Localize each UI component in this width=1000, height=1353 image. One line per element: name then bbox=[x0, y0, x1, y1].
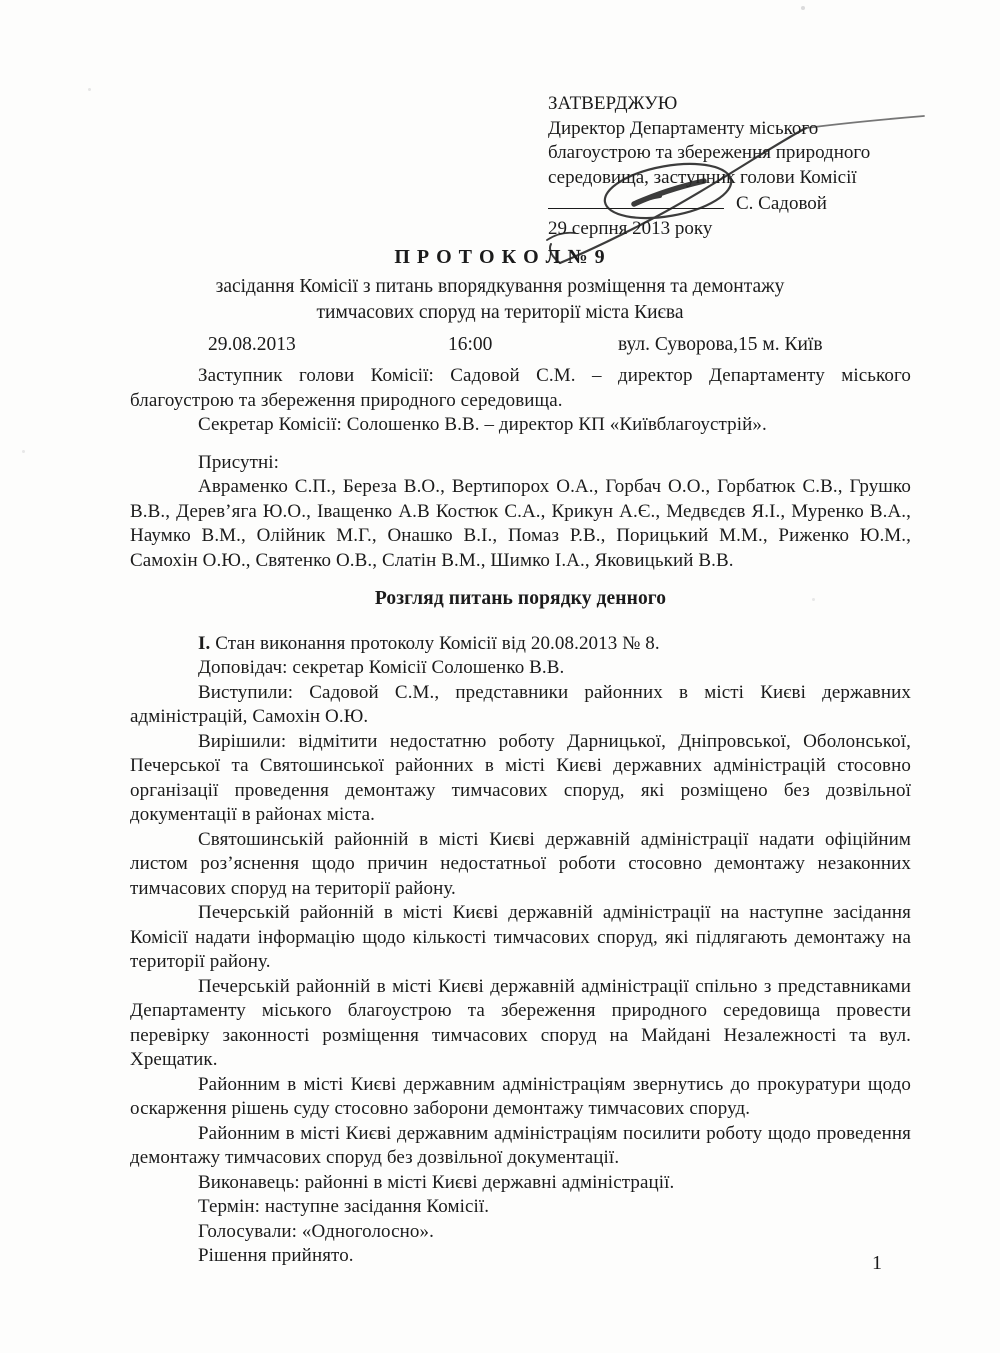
agenda-item-number: І. bbox=[198, 633, 210, 654]
paragraph-decision: Рішення прийнято. bbox=[130, 1244, 911, 1269]
paragraph-deputy-head: Заступник голови Комісії: Садовой С.М. –… bbox=[130, 364, 911, 413]
meeting-time: 16:00 bbox=[448, 334, 492, 356]
page-number: 1 bbox=[872, 1252, 882, 1275]
scan-speck bbox=[812, 598, 815, 601]
paragraph-resolution-5: Районним в місті Києві державним адмініс… bbox=[130, 1073, 911, 1122]
scanned-protocol-page: ЗАТВЕРДЖУЮ Директор Департаменту міськог… bbox=[0, 0, 1000, 1353]
agenda-item-line: І. Стан виконання протоколу Комісії від … bbox=[130, 632, 911, 657]
document-body: Заступник голови Комісії: Садовой С.М. –… bbox=[130, 364, 911, 1269]
signatory-name: С. Садовой bbox=[736, 193, 827, 214]
approval-line-3: середовища, заступник голови Комісії bbox=[548, 166, 918, 191]
title-block: П Р О Т О К О Л № 9 засідання Комісії з … bbox=[0, 246, 1000, 326]
meeting-meta-row: 29.08.2013 16:00 вул. Суворова,15 м. Киї… bbox=[0, 334, 1000, 360]
scan-speck bbox=[801, 6, 805, 10]
agenda-item-title: Стан виконання протоколу Комісії від 20.… bbox=[210, 633, 659, 654]
attendees-list: Авраменко С.П., Береза В.О., Вертипорох … bbox=[130, 475, 911, 573]
paragraph-resolution-6: Районним в місті Києві державним адмініс… bbox=[130, 1122, 911, 1171]
approval-line-2: благоустрою та збереження природного bbox=[548, 141, 918, 166]
paragraph-resolution-2: Святошинській районній в місті Києві дер… bbox=[130, 828, 911, 902]
paragraph-resolution-3: Печерській районній в місті Києві держав… bbox=[130, 901, 911, 975]
paragraph-secretary: Секретар Комісії: Солошенко В.В. – дирек… bbox=[130, 413, 911, 438]
paragraph-term: Термін: наступне засідання Комісії. bbox=[130, 1195, 911, 1220]
agenda-heading: Розгляд питань порядку денного bbox=[130, 587, 911, 612]
scan-speck bbox=[88, 88, 91, 91]
paragraph-vote: Голосували: «Одноголосно». bbox=[130, 1220, 911, 1245]
paragraph-resolution-4: Печерській районній в місті Києві держав… bbox=[130, 975, 911, 1073]
attendees-label: Присутні: bbox=[130, 451, 911, 476]
paragraph-speakers: Виступили: Садовой С.М., представники ра… bbox=[130, 681, 911, 730]
paragraph-executor: Виконавець: районні в місті Києві держав… bbox=[130, 1171, 911, 1196]
approval-line-1: Директор Департаменту міського bbox=[548, 117, 918, 142]
paragraph-resolution-1: Вирішили: відмітити недостатню роботу Да… bbox=[130, 730, 911, 828]
meeting-date: 29.08.2013 bbox=[208, 334, 296, 356]
document-subtitle-2: тимчасових споруд на території міста Киє… bbox=[0, 300, 1000, 326]
scan-speck bbox=[22, 450, 25, 453]
document-title: П Р О Т О К О Л № 9 bbox=[0, 246, 1000, 269]
approval-stamp-word: ЗАТВЕРДЖУЮ bbox=[548, 92, 918, 117]
paragraph-reporter: Доповідач: секретар Комісії Солошенко В.… bbox=[130, 656, 911, 681]
signature-line bbox=[548, 192, 724, 209]
approval-date: 29 серпня 2013 року bbox=[548, 217, 918, 242]
document-subtitle-1: засідання Комісії з питань впорядкування… bbox=[0, 274, 1000, 300]
meeting-location: вул. Суворова,15 м. Київ bbox=[618, 334, 823, 356]
signature-row: С. Садовой bbox=[548, 192, 918, 217]
approval-block: ЗАТВЕРДЖУЮ Директор Департаменту міськог… bbox=[548, 92, 918, 241]
